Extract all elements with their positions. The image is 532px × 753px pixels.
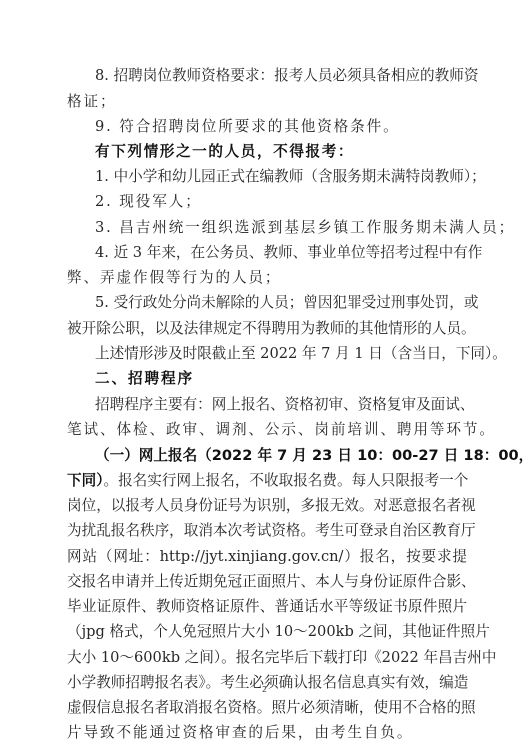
paragraph-line: 下同）。报名实行网上报名，不收取报名费。每人只限报考一个 xyxy=(67,471,467,491)
paragraph-line: 岗位，以报考人员身份证号为识别，多报无效。对恶意报名者视 xyxy=(67,496,467,516)
paragraph-text: 。报名实行网上报名，不收取报名费。每人只限报考一个 xyxy=(103,472,468,489)
document-page: 8. 招聘岗位教师资格要求：报考人员必须具备相应的教师资 格证； 9. 符合招聘… xyxy=(0,0,532,753)
paragraph-line: 交报名申请并上传近期免冠正面照片、本人与身份证原件合影、 xyxy=(67,572,467,592)
subsection-heading: （一）网上报名（2022 年 7 月 23 日 10：00-27 日 18：00… xyxy=(95,446,467,466)
paragraph-line: 笔试、体检、政审、调剂、公示、岗前培训、聘用等环节。 xyxy=(67,420,467,440)
paragraph-line: 虚假信息报名者取消报名资格。照片必须清晰，使用不合格的照 xyxy=(67,698,467,718)
page-number: 2 xyxy=(262,685,267,694)
section-subheading: 有下列情形之一的人员，不得报考： xyxy=(95,142,467,162)
list-item-continuation: 弊、弄虚作假等行为的人员； xyxy=(67,268,467,288)
section-heading: 二、招聘程序 xyxy=(95,369,467,389)
paragraph-line: 8. 招聘岗位教师资格要求：报考人员必须具备相应的教师资 xyxy=(95,66,467,86)
list-item-continuation: 被开除公职，以及法律规定不得聘用为教师的其他情形的人员。 xyxy=(67,319,467,339)
paragraph-line: 毕业证原件、教师资格证原件、普通话水平等级证书原件照片 xyxy=(67,597,467,617)
paragraph-line: 招聘程序主要有：网上报名、资格初审、资格复审及面试、 xyxy=(95,395,467,415)
paragraph-line: 片导致不能通过资格审查的后果，由考生自负。 xyxy=(67,723,467,743)
list-item: 3. 昌吉州统一组织选派到基层乡镇工作服务期未满人员； xyxy=(95,218,467,238)
list-item: 2. 现役军人； xyxy=(95,192,467,212)
list-item: 4. 近 3 年来，在公务员、教师、事业单位等招考过程中有作 xyxy=(95,243,467,263)
list-item: 5. 受行政处分尚未解除的人员；曾因犯罪受过刑事处罚，或 xyxy=(95,293,467,313)
paragraph-line: 大小 10～600kb 之间）。报名完毕后下载打印《2022 年昌吉州中 xyxy=(67,648,467,668)
paragraph-line: 9. 符合招聘岗位所要求的其他资格条件。 xyxy=(95,117,467,137)
paragraph-line: （jpg 格式，个人免冠照片大小 10～200kb 之间，其他证件照片 xyxy=(67,622,467,642)
paragraph-line: 网站（网址：http://jyt.xinjiang.gov.cn/）报名，按要求… xyxy=(67,547,467,567)
paragraph-line: 格证； xyxy=(67,92,467,112)
subsection-heading-tail: 下同） xyxy=(67,472,103,489)
list-item: 1. 中小学和幼儿园正式在编教师（含服务期未满特岗教师）； xyxy=(95,167,467,187)
paragraph-line: 上述情形涉及时限截止至 2022 年 7 月 1 日（含当日，下同）。 xyxy=(95,344,467,364)
paragraph-line: 为扰乱报名秩序，取消本次考试资格。考生可登录自治区教育厅 xyxy=(67,521,467,541)
